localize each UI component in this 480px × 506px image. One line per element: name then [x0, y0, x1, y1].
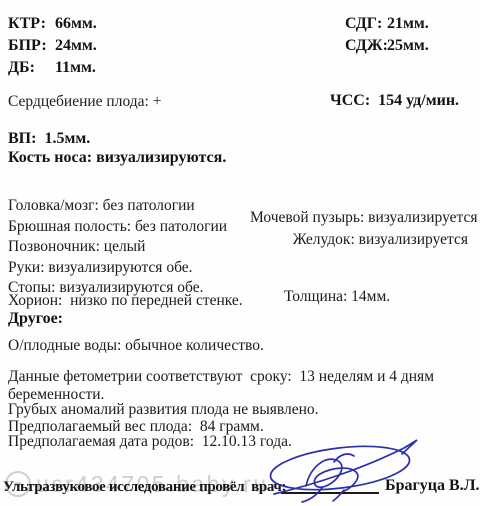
- anatomy-list-left: Головка/мозг: без патологии Брюшная поло…: [8, 196, 227, 299]
- signature-strokes: [268, 440, 417, 502]
- metric-sdg-label: СДГ:: [345, 15, 387, 33]
- conclusion-due-date-line: Предполагаемая дата родов: 12.10.13 года…: [8, 432, 292, 452]
- anatomy-spine-line: Позвоночник: целый: [8, 237, 227, 258]
- heart-rate-line: ЧСС: 154 уд/мин.: [330, 91, 459, 111]
- metric-bpr-label: БПР:: [8, 37, 55, 55]
- other-label: Другое:: [8, 309, 63, 329]
- thickness-line: Толщина: 14мм.: [284, 287, 390, 307]
- metric-sdg: СДГ: 21мм.: [345, 15, 429, 37]
- metric-db: ДБ: 11мм.: [8, 59, 97, 81]
- anatomy-abdomen-line: Брюшная полость: без патологии: [8, 217, 227, 238]
- metric-db-label: ДБ:: [8, 59, 55, 77]
- metric-sdzh-label: СДЖ:: [345, 37, 387, 55]
- metric-ktr-label: КТР:: [8, 15, 55, 33]
- anatomy-stomach-line: Желудок: визуализируется: [250, 229, 468, 251]
- chorion-line: Хорион: низко по передней стенке.: [8, 291, 243, 311]
- metric-ktr: КТР: 66мм.: [8, 15, 97, 37]
- metric-db-value: 11мм.: [55, 59, 96, 77]
- nasal-bone-line: Кость носа: визуализируются.: [8, 148, 226, 168]
- anatomy-list-right: Мочевой пузырь: визуализируется Желудок:…: [250, 207, 468, 251]
- handwritten-signature: [256, 432, 480, 504]
- metric-sdzh-value: 25мм.: [387, 37, 429, 55]
- conclusion-term-line: Данные фетометрии соответствуют сроку: 1…: [8, 367, 434, 387]
- anatomy-arms-line: Руки: визуализируются обе.: [8, 258, 227, 279]
- fetal-metrics-left: КТР: 66мм. БПР: 24мм. ДБ: 11мм.: [8, 15, 97, 81]
- metric-bpr: БПР: 24мм.: [8, 37, 97, 59]
- ultrasound-report-page: КТР: 66мм. БПР: 24мм. ДБ: 11мм. СДГ: 21м…: [0, 0, 480, 506]
- metric-sdg-value: 21мм.: [387, 15, 429, 33]
- metric-bpr-value: 24мм.: [55, 37, 97, 55]
- heartbeat-line: Сердцебиение плода: +: [8, 92, 161, 112]
- fetal-metrics-right: СДГ: 21мм. СДЖ: 25мм.: [345, 15, 429, 59]
- anatomy-head-line: Головка/мозг: без патологии: [8, 196, 227, 217]
- metric-ktr-value: 66мм.: [55, 15, 97, 33]
- metric-sdzh: СДЖ: 25мм.: [345, 37, 429, 59]
- amniotic-fluid-line: О/плодные воды: обычное количество.: [8, 336, 264, 356]
- performed-by-label: Ультразвуковое исследование провёл врач:: [3, 479, 286, 496]
- anatomy-bladder-line: Мочевой пузырь: визуализируется: [250, 207, 468, 229]
- vp-line: ВП: 1.5мм.: [8, 129, 90, 149]
